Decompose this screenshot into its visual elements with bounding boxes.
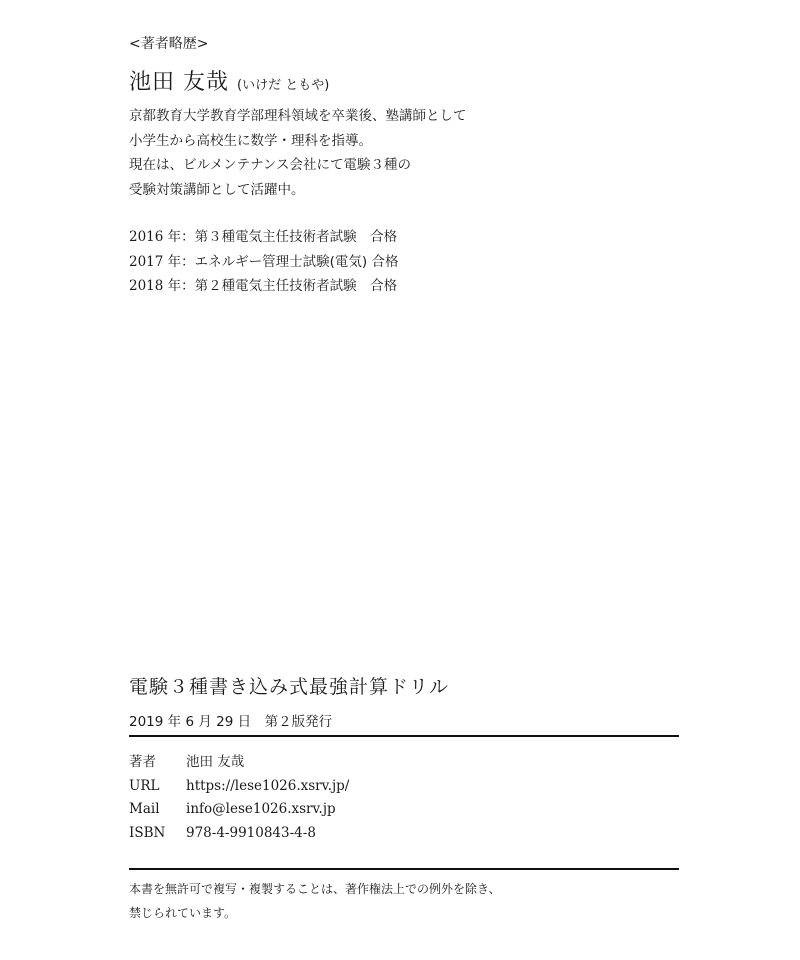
info-label: URL [129, 775, 186, 799]
bio-line: 受験対策講師として活躍中。 [129, 178, 467, 203]
author-name: 池田 友哉 [129, 70, 229, 95]
url-link[interactable]: https://lese1026.xsrv.jp/ [186, 775, 349, 799]
edition-info: 2019 年 6 月 29 日 第２版発行 [129, 710, 332, 730]
bio-line: 京都教育大学教育学部理科領域を卒業後、塾講師として [129, 104, 467, 129]
career-item: 2017 年：エネルギー管理士試験(電気) 合格 [129, 250, 398, 275]
divider-top [129, 735, 679, 737]
author-bio: 京都教育大学教育学部理科領域を卒業後、塾講師として 小学生から高校生に数学・理科… [129, 104, 467, 202]
career-text: 第３種電気主任技術者試験 合格 [195, 229, 398, 245]
book-title: 電験３種書き込み式最強計算ドリル [129, 672, 449, 699]
info-row-url: URL https://lese1026.xsrv.jp/ [129, 775, 349, 799]
notice-line: 禁じられています。 [129, 901, 501, 925]
info-label: ISBN [129, 822, 186, 846]
info-value: 池田 友哉 [186, 751, 244, 775]
divider-bottom [129, 868, 679, 870]
career-list: 2016 年：第３種電気主任技術者試験 合格 2017 年：エネルギー管理士試験… [129, 225, 398, 299]
career-item: 2018 年：第２種電気主任技術者試験 合格 [129, 274, 398, 299]
author-name-block: 池田 友哉(いけだ ともや) [129, 65, 329, 96]
career-item: 2016 年：第３種電気主任技術者試験 合格 [129, 225, 398, 250]
notice-line: 本書を無許可で複写・複製することは、著作権法上での例外を除き、 [129, 877, 501, 901]
info-row-author: 著者 池田 友哉 [129, 751, 349, 775]
info-row-mail: Mail info@lese1026.xsrv.jp [129, 798, 349, 822]
bio-line: 小学生から高校生に数学・理科を指導。 [129, 129, 467, 154]
info-label: Mail [129, 798, 186, 822]
copyright-notice: 本書を無許可で複写・複製することは、著作権法上での例外を除き、 禁じられています… [129, 877, 501, 925]
career-year: 2017 年： [129, 254, 195, 270]
bio-line: 現在は、ビルメンテナンス会社にて電験３種の [129, 153, 467, 178]
author-reading: (いけだ ともや) [237, 78, 329, 93]
info-row-isbn: ISBN 978-4-9910843-4-8 [129, 822, 349, 846]
career-text: 第２種電気主任技術者試験 合格 [195, 278, 398, 294]
career-text: エネルギー管理士試験(電気) 合格 [195, 254, 399, 270]
isbn-value: 978-4-9910843-4-8 [186, 822, 316, 846]
publication-info: 著者 池田 友哉 URL https://lese1026.xsrv.jp/ M… [129, 751, 349, 845]
info-label: 著者 [129, 751, 186, 775]
career-year: 2018 年： [129, 278, 195, 294]
profile-heading: <著者略歴> [129, 33, 208, 53]
mail-link[interactable]: info@lese1026.xsrv.jp [186, 798, 336, 822]
career-year: 2016 年： [129, 229, 195, 245]
